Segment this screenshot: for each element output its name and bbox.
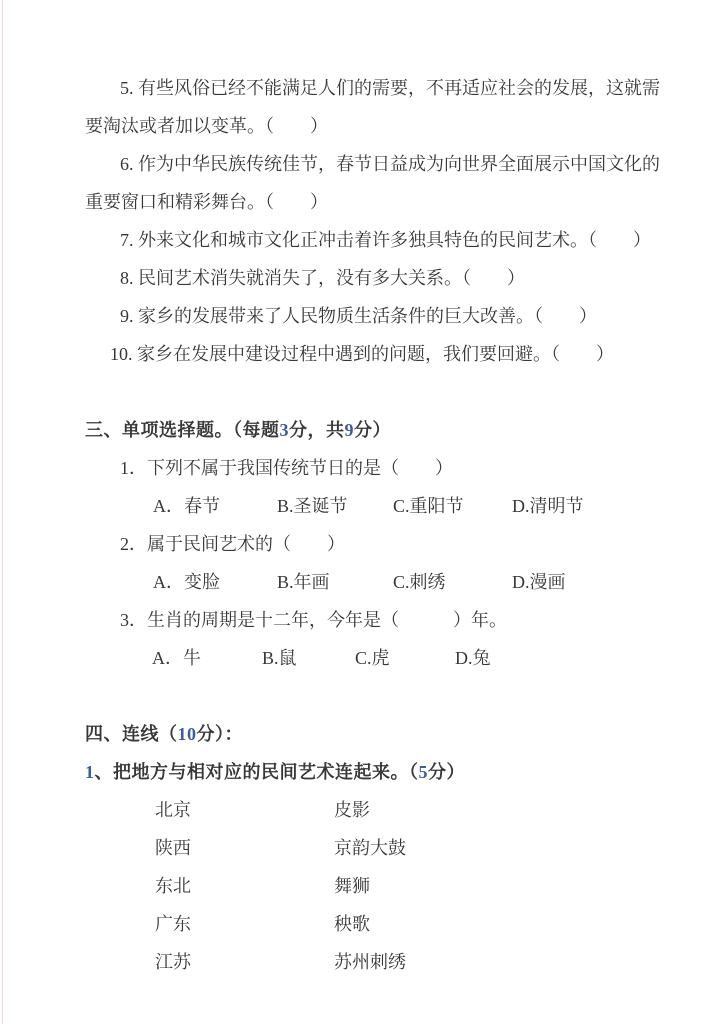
match-place: 北京 — [155, 791, 191, 829]
option-item: A．春节 — [153, 487, 220, 525]
heading-text: 分，共 — [289, 411, 345, 449]
option-item: C.重阳节 — [393, 487, 464, 525]
option-item: A．变脸 — [153, 563, 220, 601]
tf-question-5-line-1: 5. 有些风俗已经不能满足人们的需要，不再适应社会的发展，这就需 — [85, 69, 665, 107]
heading-text: 三、单项选择题。（每题 — [85, 411, 280, 449]
page-edge-line — [2, 0, 3, 1024]
worksheet-page: { "page": { "background_color": "#ffffff… — [0, 0, 728, 1024]
mc-question-2-options: A．变脸B.年画C.刺绣D.漫画 — [85, 563, 665, 601]
heading-score-number: 9 — [345, 411, 355, 449]
option-item: D.兔 — [455, 639, 491, 677]
mc-question-3: 3．生肖的周期是十二年，今年是（ ）年。 — [85, 601, 665, 639]
match-art: 秧歌 — [334, 905, 370, 943]
heading-text: 四、连线（ — [85, 715, 178, 753]
mc-question-2: 2．属于民间艺术的（ ） — [85, 525, 665, 563]
match-art: 苏州刺绣 — [334, 943, 406, 981]
option-item: C.虎 — [355, 639, 390, 677]
match-pair-2: 陕西京韵大鼓 — [85, 829, 665, 867]
blank-line — [85, 373, 665, 411]
tf-question-5-line-2: 要淘汰或者加以变革。（ ） — [85, 107, 665, 145]
tf-question-9-line-1: 9. 家乡的发展带来了人民物质生活条件的巨大改善。（ ） — [85, 297, 665, 335]
heading-score-number: 5 — [419, 753, 429, 791]
match-place: 广东 — [155, 905, 191, 943]
match-place: 陕西 — [155, 829, 191, 867]
option-item: A．牛 — [152, 639, 201, 677]
matching-subheading: 1、把地方与相对应的民间艺术连起来。（5 分） — [85, 753, 665, 791]
tf-question-6-line-1: 6. 作为中华民族传统佳节，春节日益成为向世界全面展示中国文化的 — [85, 145, 665, 183]
matching-section-heading: 四、连线（10 分）： — [85, 715, 665, 753]
option-item: D.清明节 — [512, 487, 584, 525]
worksheet-content: 5. 有些风俗已经不能满足人们的需要，不再适应社会的发展，这就需要淘汰或者加以变… — [85, 69, 665, 981]
heading-text: 、把地方与相对应的民间艺术连起来。（ — [95, 753, 419, 791]
match-pair-1: 北京皮影 — [85, 791, 665, 829]
option-item: B.年画 — [277, 563, 330, 601]
mc-question-3-options: A．牛B.鼠C.虎D.兔 — [85, 639, 665, 677]
tf-question-8-line-1: 8. 民间艺术消失就消失了，没有多大关系。（ ） — [85, 259, 665, 297]
match-pair-3: 东北舞狮 — [85, 867, 665, 905]
match-place: 东北 — [155, 867, 191, 905]
mc-section-heading: 三、单项选择题。（每题 3 分，共 9 分） — [85, 411, 665, 449]
tf-question-6-line-2: 重要窗口和精彩舞台。（ ） — [85, 183, 665, 221]
match-pair-5: 江苏苏州刺绣 — [85, 943, 665, 981]
option-item: B.鼠 — [262, 639, 297, 677]
match-art: 京韵大鼓 — [334, 829, 406, 867]
match-place: 江苏 — [155, 943, 191, 981]
option-item: C.刺绣 — [393, 563, 446, 601]
heading-text: 分） — [428, 753, 465, 791]
heading-text: 分） — [354, 411, 391, 449]
heading-score-number: 1 — [85, 753, 95, 791]
match-art: 舞狮 — [334, 867, 370, 905]
match-art: 皮影 — [334, 791, 370, 829]
option-item: B.圣诞节 — [277, 487, 348, 525]
mc-question-1-options: A．春节B.圣诞节C.重阳节D.清明节 — [85, 487, 665, 525]
mc-question-1: 1．下列不属于我国传统节日的是（ ） — [85, 449, 665, 487]
heading-text: 分）： — [197, 715, 244, 753]
heading-score-number: 3 — [280, 411, 290, 449]
tf-question-10-line-1: 10. 家乡在发展中建设过程中遇到的问题，我们要回避。（ ） — [85, 335, 665, 373]
blank-line — [85, 677, 665, 715]
tf-question-7-line-1: 7. 外来文化和城市文化正冲击着许多独具特色的民间艺术。（ ） — [85, 221, 665, 259]
heading-score-number: 10 — [178, 715, 197, 753]
option-item: D.漫画 — [512, 563, 566, 601]
match-pair-4: 广东秧歌 — [85, 905, 665, 943]
